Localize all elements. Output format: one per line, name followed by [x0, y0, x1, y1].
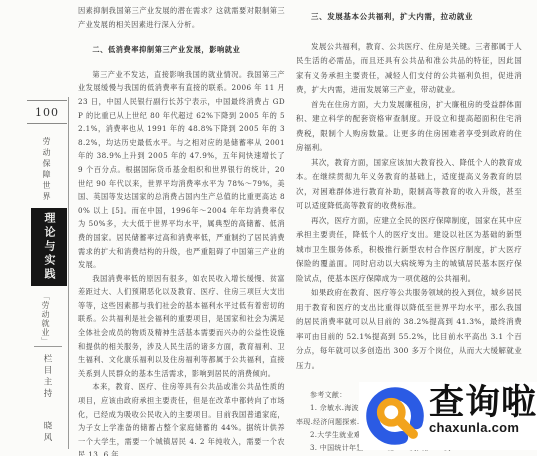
section-banner-label: 理论与实践: [41, 212, 57, 282]
paragraph: 本来，教育、医疗、住房等具有公共品或准公共品性质的项目，应该由政府承担主要责任，…: [78, 380, 285, 456]
paragraph: 再次，医疗方面，应建立全民的医疗保障制度，国家在其中应承担主要责任，降低个人的医…: [296, 214, 522, 287]
paragraph: 其次，教育方面，国家应该加大教育投入、降低个人的教育成本。在继续贯彻九年义务教育…: [296, 156, 522, 214]
sidebar: 100 劳动保障世界 理论与实践 「劳动就业」 栏目主持 晓风: [0, 0, 75, 456]
column-host-name: 晓风: [41, 421, 53, 444]
document-page: 100 劳动保障世界 理论与实践 「劳动就业」 栏目主持 晓风 因素抑制我国第三…: [0, 0, 537, 456]
page-number: 100: [27, 100, 67, 124]
sidebar-divider: [68, 97, 69, 449]
journal-title: 劳动保障世界: [41, 137, 52, 209]
magnifier-logo-icon: [363, 384, 427, 448]
watermark: 查询啦 chaxunla.com: [359, 382, 537, 450]
column-host-label: 栏目主持: [42, 354, 52, 400]
paragraph: 发展公共福利，教育、公共医疗、住房是关键。三者都属于人民生活的必需品，而且还具有…: [296, 40, 522, 98]
column-host: 栏目主持 晓风: [41, 354, 53, 449]
continuation-paragraph: 因素抑制我国第三产业发展的潜在需求？这就需要对限制第三产业发展的相关因素进行深入…: [78, 4, 285, 31]
left-column: 因素抑制我国第三产业发展的潜在需求？这就需要对限制第三产业发展的相关因素进行深入…: [78, 4, 285, 456]
column-tag: 「劳动就业」: [40, 292, 51, 342]
watermark-text: 查询啦 chaxunla.com: [429, 384, 537, 435]
watermark-brand: 查询啦: [429, 384, 537, 421]
section-banner: 理论与实践: [31, 208, 67, 286]
section-heading-3: 三、发展基本公共福利，扩大内需，拉动就业: [296, 10, 522, 25]
section-heading-2: 二、低消费率抑制第三产业发展，影响就业: [78, 43, 285, 57]
sidebar-rule: [34, 346, 62, 347]
paragraph: 我国消费率低的原因有很多，如农民收入增长缓慢、贫富差距过大、人们预期恶化以及教育…: [78, 272, 285, 381]
watermark-domain: chaxunla.com: [429, 421, 537, 435]
paragraph: 第三产业不发达，直接影响我国的就业情况。我国第三产业发展缓慢与我国的低消费率有直…: [78, 68, 285, 272]
paragraph: 如果政府在教育、医疗等公共服务领域的投入到位，城乡居民用于教育和医疗的支出比重得…: [296, 286, 522, 373]
paragraph: 首先在住房方面，大力发展廉租房，扩大廉租房的受益群体面积、建立科学的配套资格审查…: [296, 98, 522, 156]
